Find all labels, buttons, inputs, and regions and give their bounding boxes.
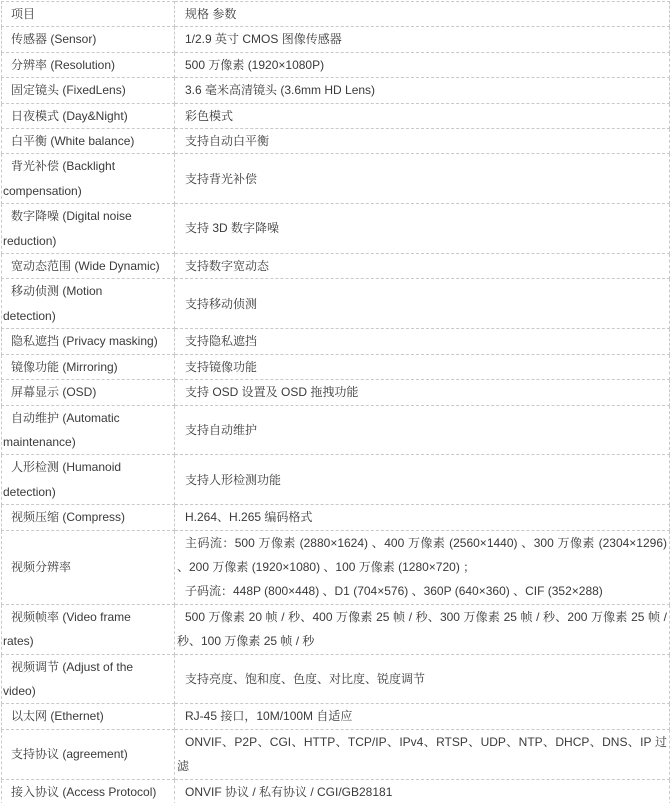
item-cell: 支持协议 (agreement) (2, 729, 175, 779)
value-cell: 1/2.9 英寸 CMOS 图像传感器 (175, 27, 670, 52)
table-row-osd: 屏幕显示 (OSD) 支持 OSD 设置及 OSD 拖拽功能 (2, 380, 670, 405)
item-cell: 视频调节 (Adjust of the video) (2, 654, 175, 704)
value-cell: ONVIF、P2P、CGI、HTTP、TCP/IP、IPv4、RTSP、UDP、… (175, 729, 670, 779)
table-row-automatic-maintenance: 自动维护 (Automatic maintenance) 支持自动维护 (2, 405, 670, 455)
table-row-compress: 视频压缩 (Compress) H.264、H.265 编码格式 (2, 505, 670, 530)
table-row-backlight-compensation: 背光补偿 (Backlight compensation) 支持背光补偿 (2, 154, 670, 204)
item-cell: 屏幕显示 (OSD) (2, 380, 175, 405)
item-cell: 移动侦测 (Motion detection) (2, 279, 175, 329)
value-cell: 支持移动侦测 (175, 279, 670, 329)
table-row-resolution: 分辨率 (Resolution) 500 万像素 (1920×1080P) (2, 52, 670, 77)
table-row-humanoid-detection: 人形检测 (Humanoid detection) 支持人形检测功能 (2, 455, 670, 505)
item-cell: 接入协议 (Access Protocol) (2, 779, 175, 803)
item-cell: 背光补偿 (Backlight compensation) (2, 154, 175, 204)
table-row-video-resolution: 视频分辨率 主码流：500 万像素 (2880×1624) 、400 万像素 (… (2, 530, 670, 604)
value-cell: 3.6 毫米高清镜头 (3.6mm HD Lens) (175, 78, 670, 103)
value-cell: 支持背光补偿 (175, 154, 670, 204)
value-cell: 支持镜像功能 (175, 354, 670, 379)
value-cell: 主码流：500 万像素 (2880×1624) 、400 万像素 (2560×1… (175, 530, 670, 604)
item-cell: 传感器 (Sensor) (2, 27, 175, 52)
table-row-privacy-masking: 隐私遮挡 (Privacy masking) 支持隐私遮挡 (2, 329, 670, 354)
item-cell: 宽动态范围 (Wide Dynamic) (2, 254, 175, 279)
item-cell: 人形检测 (Humanoid detection) (2, 455, 175, 505)
value-cell: 支持亮度、饱和度、色度、对比度、锐度调节 (175, 654, 670, 704)
header-item-cell: 项目 (2, 2, 175, 27)
table-row-white-balance: 白平衡 (White balance) 支持自动白平衡 (2, 129, 670, 154)
item-cell: 白平衡 (White balance) (2, 129, 175, 154)
value-cell: ONVIF 协议 / 私有协议 / CGI/GB28181 (175, 779, 670, 803)
table-row-digital-noise-reduction: 数字降噪 (Digital noise reduction) 支持 3D 数字降… (2, 204, 670, 254)
value-cell: 支持自动维护 (175, 405, 670, 455)
item-cell: 隐私遮挡 (Privacy masking) (2, 329, 175, 354)
item-cell: 视频帧率 (Video frame rates) (2, 604, 175, 654)
table-row-sensor: 传感器 (Sensor) 1/2.9 英寸 CMOS 图像传感器 (2, 27, 670, 52)
table-row-motion-detection: 移动侦测 (Motion detection) 支持移动侦测 (2, 279, 670, 329)
item-cell: 以太网 (Ethernet) (2, 704, 175, 729)
value-cell: 支持人形检测功能 (175, 455, 670, 505)
value-cell: 彩色模式 (175, 103, 670, 128)
table-row-mirroring: 镜像功能 (Mirroring) 支持镜像功能 (2, 354, 670, 379)
value-cell: 500 万像素 20 帧 / 秒、400 万像素 25 帧 / 秒、300 万像… (175, 604, 670, 654)
table-row-ethernet: 以太网 (Ethernet) RJ-45 接口，10M/100M 自适应 (2, 704, 670, 729)
table-row-access-protocol: 接入协议 (Access Protocol) ONVIF 协议 / 私有协议 /… (2, 779, 670, 803)
item-cell: 自动维护 (Automatic maintenance) (2, 405, 175, 455)
item-cell: 视频分辨率 (2, 530, 175, 604)
value-cell: RJ-45 接口，10M/100M 自适应 (175, 704, 670, 729)
value-cell: 支持隐私遮挡 (175, 329, 670, 354)
table-wrapper: 项目 规格 参数 传感器 (Sensor) 1/2.9 英寸 CMOS 图像传感… (0, 0, 672, 803)
table-row-fixed-lens: 固定镜头 (FixedLens) 3.6 毫米高清镜头 (3.6mm HD Le… (2, 78, 670, 103)
table-row-video-frame-rates: 视频帧率 (Video frame rates) 500 万像素 20 帧 / … (2, 604, 670, 654)
table-row-day-night: 日夜模式 (Day&Night) 彩色模式 (2, 103, 670, 128)
header-spec-cell: 规格 参数 (175, 2, 670, 27)
spec-table: 项目 规格 参数 传感器 (Sensor) 1/2.9 英寸 CMOS 图像传感… (1, 1, 670, 803)
value-cell: H.264、H.265 编码格式 (175, 505, 670, 530)
value-cell: 支持 OSD 设置及 OSD 拖拽功能 (175, 380, 670, 405)
item-cell: 视频压缩 (Compress) (2, 505, 175, 530)
header-row: 项目 规格 参数 (2, 2, 670, 27)
item-cell: 数字降噪 (Digital noise reduction) (2, 204, 175, 254)
value-paragraph: 主码流：500 万像素 (2880×1624) 、400 万像素 (2560×1… (177, 531, 667, 580)
value-paragraph: 子码流：448P (800×448) 、D1 (704×576) 、360P (… (177, 579, 667, 603)
value-cell: 支持自动白平衡 (175, 129, 670, 154)
value-cell: 支持数字宽动态 (175, 254, 670, 279)
spec-sheet-page: 项目 规格 参数 传感器 (Sensor) 1/2.9 英寸 CMOS 图像传感… (0, 0, 672, 803)
value-cell: 500 万像素 (1920×1080P) (175, 52, 670, 77)
item-cell: 镜像功能 (Mirroring) (2, 354, 175, 379)
value-cell: 支持 3D 数字降噪 (175, 204, 670, 254)
item-cell: 日夜模式 (Day&Night) (2, 103, 175, 128)
item-cell: 分辨率 (Resolution) (2, 52, 175, 77)
table-row-wide-dynamic: 宽动态范围 (Wide Dynamic) 支持数字宽动态 (2, 254, 670, 279)
item-cell: 固定镜头 (FixedLens) (2, 78, 175, 103)
table-row-supported-protocols: 支持协议 (agreement) ONVIF、P2P、CGI、HTTP、TCP/… (2, 729, 670, 779)
table-row-video-adjust: 视频调节 (Adjust of the video) 支持亮度、饱和度、色度、对… (2, 654, 670, 704)
